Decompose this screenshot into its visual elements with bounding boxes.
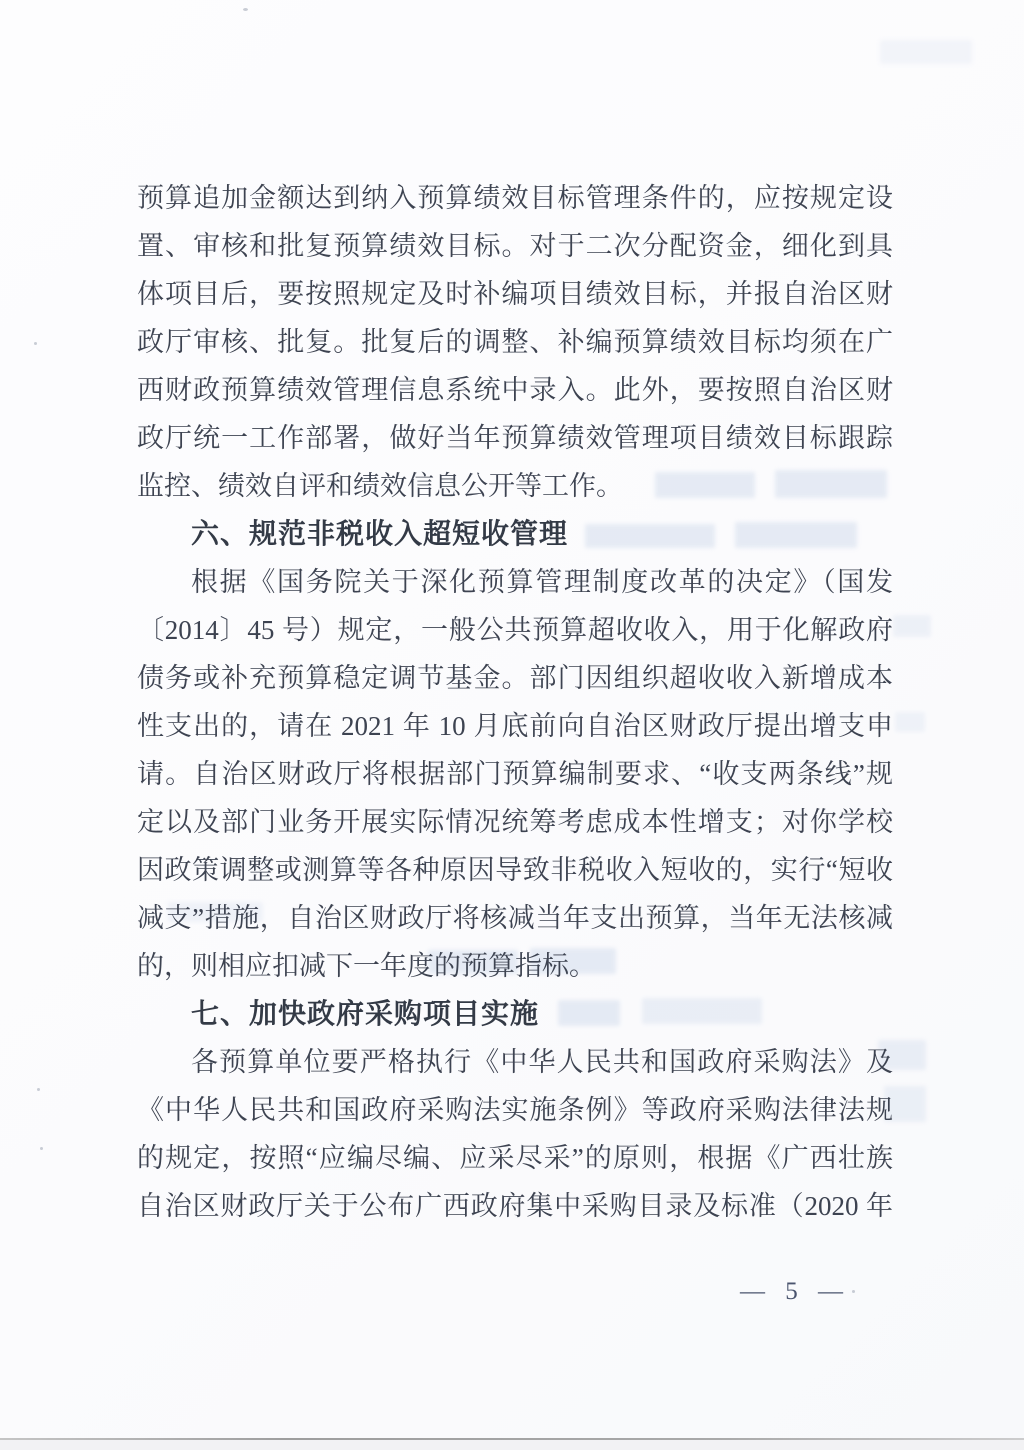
scan-speck: [852, 1290, 855, 1293]
text-line: 各预算单位要严格执行《中华人民共和国政府采购法》及: [137, 1038, 893, 1086]
section-heading: 七、加快政府采购项目实施: [137, 990, 893, 1038]
text-line: 的规定，按照“应编尽编、应采尽采”的原则，根据《广西壮族: [137, 1134, 893, 1182]
text-line: 减支”措施，自治区财政厅将核减当年支出预算，当年无法核减: [137, 894, 893, 942]
text-line: 体项目后，要按照规定及时补编项目绩效目标，并报自治区财: [137, 270, 893, 318]
text-line: 西财政预算绩效管理信息系统中录入。此外，要按照自治区财: [137, 366, 893, 414]
bleed-through-artifact: [880, 40, 972, 64]
text-line: 置、审核和批复预算绩效目标。对于二次分配资金，细化到具: [137, 222, 893, 270]
bleed-through-artifact: [893, 615, 931, 637]
scanned-page: 预算追加金额达到纳入预算绩效目标管理条件的，应按规定设置、审核和批复预算绩效目标…: [0, 0, 1024, 1438]
bleed-through-artifact: [895, 712, 925, 732]
text-line: 监控、绩效自评和绩效信息公开等工作。: [137, 462, 893, 510]
text-line: 自治区财政厅关于公布广西政府集中采购目录及标准（2020 年: [137, 1182, 893, 1230]
scan-speck: [34, 342, 37, 345]
text-line: 《中华人民共和国政府采购法实施条例》等政府采购法律法规: [137, 1086, 893, 1134]
text-line: 预算追加金额达到纳入预算绩效目标管理条件的，应按规定设: [137, 174, 893, 222]
section-heading: 六、规范非税收入超短收管理: [137, 510, 893, 558]
page-number: — 5 —: [740, 1278, 845, 1306]
text-line: 债务或补充预算稳定调节基金。部门因组织超收收入新增成本: [137, 654, 893, 702]
text-line: 因政策调整或测算等各种原因导致非税收入短收的，实行“短收: [137, 846, 893, 894]
scan-bottom-edge: [0, 1438, 1024, 1440]
text-line: 请。自治区财政厅将根据部门预算编制要求、“收支两条线”规: [137, 750, 893, 798]
text-line: 的，则相应扣减下一年度的预算指标。: [137, 942, 893, 990]
scan-speck: [40, 1147, 43, 1150]
scan-speck: [243, 8, 248, 11]
document-body: 预算追加金额达到纳入预算绩效目标管理条件的，应按规定设置、审核和批复预算绩效目标…: [137, 174, 893, 1230]
text-line: 〔2014〕45 号）规定，一般公共预算超收收入，用于化解政府: [137, 606, 893, 654]
text-line: 根据《国务院关于深化预算管理制度改革的决定》（国发: [137, 558, 893, 606]
text-line: 性支出的，请在 2021 年 10 月底前向自治区财政厅提出增支申: [137, 702, 893, 750]
text-line: 定以及部门业务开展实际情况统筹考虑成本性增支；对你学校: [137, 798, 893, 846]
text-line: 政厅审核、批复。批复后的调整、补编预算绩效目标均须在广: [137, 318, 893, 366]
text-line: 政厅统一工作部署，做好当年预算绩效管理项目绩效目标跟踪: [137, 414, 893, 462]
scan-speck: [37, 1088, 40, 1091]
